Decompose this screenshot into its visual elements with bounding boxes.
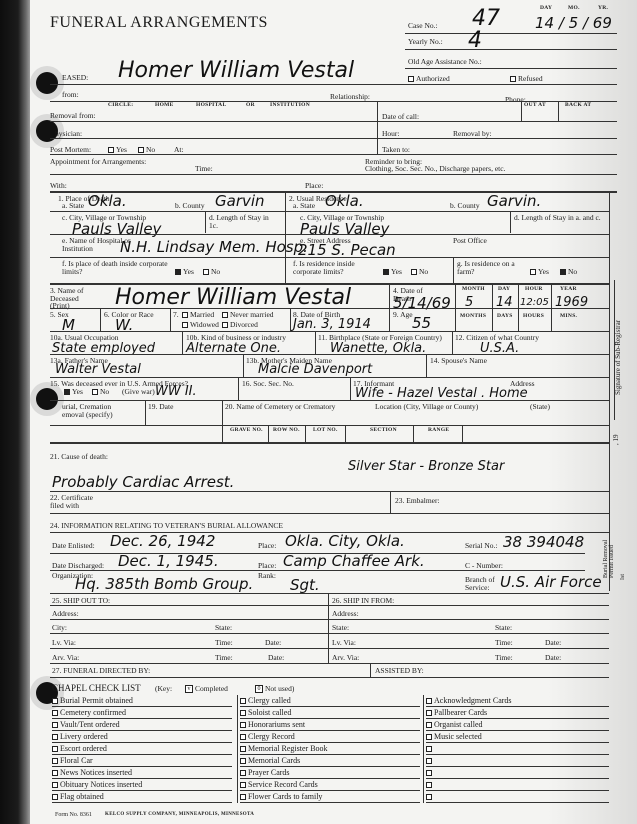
checkbox-icon[interactable]	[240, 722, 246, 728]
checkbox-icon[interactable]	[240, 794, 246, 800]
residence-farm-no[interactable]: No	[560, 268, 577, 276]
discharged-place-value[interactable]: Camp Chaffee Ark.	[283, 554, 425, 569]
form-page: FUNERAL ARRANGEMENTS Case No.: 47 DAY MO…	[0, 0, 637, 824]
checklist-item[interactable]: Escort ordered	[52, 743, 232, 755]
checklist-item[interactable]	[426, 779, 609, 791]
marital-married[interactable]: Married	[182, 311, 214, 319]
enlisted-place-value[interactable]: Okla. City, Okla.	[285, 534, 405, 549]
checkbox-icon[interactable]	[240, 710, 246, 716]
checklist-column-3: Acknowledgment CardsPallbearer CardsOrga…	[426, 695, 609, 803]
residence-street-value[interactable]: 215 S. Pecan	[298, 243, 396, 258]
checklist-item[interactable]: Floral Car	[52, 755, 232, 767]
checkbox-icon[interactable]	[426, 734, 432, 740]
organization-value[interactable]: Hq. 385th Bomb Group.	[75, 577, 253, 592]
checklist-item[interactable]: Honorariums sent	[240, 719, 420, 731]
checkbox-icon[interactable]	[240, 734, 246, 740]
binder-edge	[0, 0, 30, 824]
veteran-heading: 24. INFORMATION RELATING TO VETERAN'S BU…	[50, 522, 283, 530]
checkbox-icon[interactable]	[240, 698, 246, 704]
checkbox-icon[interactable]	[52, 794, 58, 800]
checkbox-icon[interactable]	[52, 746, 58, 752]
serial-value[interactable]: 38 394048	[503, 535, 584, 550]
form-number: Form No. 8361	[55, 812, 92, 818]
checkbox-icon[interactable]	[426, 710, 432, 716]
branch-value[interactable]: U.S. Air Force	[500, 575, 602, 590]
awards-value[interactable]: Silver Star - Bronze Star	[348, 460, 504, 473]
checkbox-icon[interactable]	[52, 710, 58, 716]
death-hospital-value[interactable]: N.H. Lindsay Mem. Hosp.	[120, 240, 308, 255]
checkbox-icon[interactable]	[52, 758, 58, 764]
checklist-column-2: Clergy calledSoloist calledHonorariums s…	[240, 695, 420, 803]
checkbox-icon[interactable]	[52, 722, 58, 728]
checklist-item[interactable]: Cemetery confirmed	[52, 707, 232, 719]
burial-permit-issued: Burial Removal Permit Issued	[603, 538, 615, 578]
marital-widowed[interactable]: Widowed	[182, 321, 219, 329]
armed-yes[interactable]: Yes	[64, 388, 83, 396]
checklist-item[interactable]: Memorial Register Book	[240, 743, 420, 755]
checklist-item[interactable]	[426, 767, 609, 779]
mother-value[interactable]: Malcie Davenport	[258, 363, 372, 376]
death-county-value[interactable]: Garvin	[215, 194, 265, 209]
cause-value[interactable]: Probably Cardiac Arrest.	[52, 475, 234, 490]
case-no-label: Case No.:	[408, 22, 438, 30]
residence-farm-yes[interactable]: Yes	[530, 268, 549, 276]
checklist-item[interactable]: Clergy Record	[240, 731, 420, 743]
authorized-checkbox[interactable]: Authorized	[408, 75, 450, 83]
checklist-item[interactable]: Flower Cards to family	[240, 791, 420, 803]
deceased-print-name[interactable]: Homer William Vestal	[115, 287, 351, 309]
checklist-item[interactable]: Music selected	[426, 731, 609, 743]
checklist-item[interactable]: Burial Permit obtained	[52, 695, 232, 707]
residence-state-value[interactable]: Okla.	[325, 194, 364, 209]
case-no-value[interactable]: 47	[472, 8, 500, 30]
checklist-item[interactable]	[426, 743, 609, 755]
checkbox-icon[interactable]	[52, 698, 58, 704]
checklist-item[interactable]: Organist called	[426, 719, 609, 731]
checklist-item[interactable]: Clergy called	[240, 695, 420, 707]
checklist-item[interactable]: Memorial Cards	[240, 755, 420, 767]
checklist-item[interactable]: Flag obtained	[52, 791, 232, 803]
death-state-value[interactable]: Okla.	[88, 194, 127, 209]
checklist-item[interactable]: Service Record Cards	[240, 779, 420, 791]
checkbox-icon[interactable]	[426, 770, 432, 776]
checkbox-icon[interactable]	[52, 734, 58, 740]
father-value[interactable]: Walter Vestal	[55, 363, 141, 376]
discharged-value[interactable]: Dec. 1, 1945.	[118, 554, 219, 569]
post-mortem-no[interactable]: No	[138, 146, 155, 154]
checkbox-icon[interactable]	[240, 758, 246, 764]
age-value[interactable]: 55	[412, 316, 431, 331]
residence-city-value[interactable]: Pauls Valley	[300, 222, 389, 237]
death-corp-yes[interactable]: Yes	[175, 268, 194, 276]
sub-registrar-signature: Signature of Sub-Registrar	[614, 320, 622, 395]
residence-county-value[interactable]: Garvin.	[487, 194, 541, 209]
checklist-column-1: Burial Permit obtainedCemetery confirmed…	[52, 695, 232, 803]
checklist-title: CHAPEL CHECK LIST	[52, 683, 141, 693]
checklist-item[interactable]: Pallbearer Cards	[426, 707, 609, 719]
marital-never-married[interactable]: Never married	[222, 311, 274, 319]
checklist-item[interactable]: Obituary Notices inserted	[52, 779, 232, 791]
armed-no[interactable]: No	[92, 388, 109, 396]
checkbox-icon[interactable]	[240, 746, 246, 752]
checkbox-icon[interactable]	[426, 698, 432, 704]
punch-hole	[36, 388, 58, 410]
checkbox-icon[interactable]	[426, 746, 432, 752]
checkbox-icon[interactable]	[52, 782, 58, 788]
checkbox-icon[interactable]	[426, 758, 432, 764]
residence-corp-yes[interactable]: Yes	[383, 268, 402, 276]
publisher: KELCO SUPPLY COMPANY, MINNEAPOLIS, MINNE…	[105, 812, 254, 817]
checklist-item[interactable]	[426, 755, 609, 767]
marital-divorced[interactable]: Divorced	[222, 321, 258, 329]
checklist-item[interactable]: Soloist called	[240, 707, 420, 719]
checklist-item[interactable]: Acknowledgment Cards	[426, 695, 609, 707]
checkbox-icon[interactable]	[426, 782, 432, 788]
refused-checkbox[interactable]: Refused	[510, 75, 543, 83]
form-title: FUNERAL ARRANGEMENTS	[50, 14, 268, 32]
enlisted-value[interactable]: Dec. 26, 1942	[110, 534, 215, 549]
rank-value[interactable]: Sgt.	[290, 578, 320, 593]
checkbox-icon[interactable]	[240, 782, 246, 788]
checkbox-icon[interactable]	[426, 794, 432, 800]
deceased-name-value[interactable]: Homer William Vestal	[118, 60, 354, 82]
checklist-item[interactable]	[426, 791, 609, 803]
death-corp-no[interactable]: No	[203, 268, 220, 276]
war-value[interactable]: WW II.	[155, 385, 197, 398]
case-date-value[interactable]: 14 / 5 / 69	[535, 16, 612, 31]
residence-corp-no[interactable]: No	[411, 268, 428, 276]
checklist-item[interactable]: Vault/Tent ordered	[52, 719, 232, 731]
checklist-item[interactable]: Prayer Cards	[240, 767, 420, 779]
checkbox-icon[interactable]	[52, 770, 58, 776]
checkbox-icon[interactable]	[426, 722, 432, 728]
post-mortem-yes[interactable]: Yes	[108, 146, 127, 154]
informant-value[interactable]: Wife - Hazel Vestal . Home	[355, 387, 528, 400]
dob-value[interactable]: Jan. 3, 1914	[293, 318, 371, 331]
checklist-item[interactable]: Livery ordered	[52, 731, 232, 743]
checkbox-icon[interactable]	[240, 770, 246, 776]
punch-hole	[36, 72, 58, 94]
checklist-item[interactable]: News Notices inserted	[52, 767, 232, 779]
